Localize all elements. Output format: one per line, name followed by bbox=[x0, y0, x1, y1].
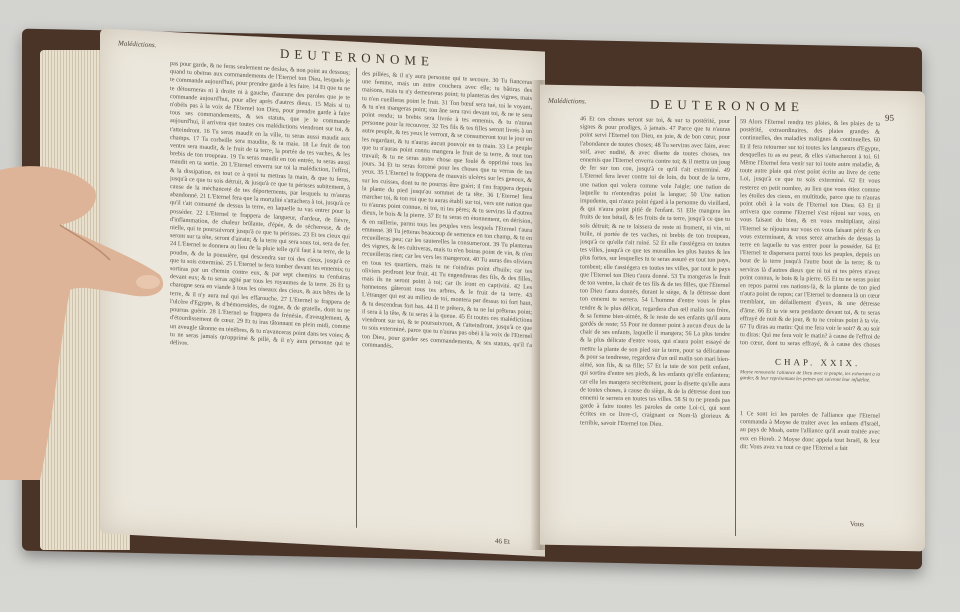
right-running-head: Malédictions. bbox=[548, 97, 586, 106]
chapter-text: 1 Ce sont ici les paroles de l'alliance … bbox=[740, 410, 880, 512]
column-divider bbox=[356, 68, 357, 528]
left-running-head: Malédictions. bbox=[118, 39, 156, 49]
right-column-1: 46 Et ces choses seront sur toi, & sur t… bbox=[580, 115, 730, 518]
left-column-2: des pillées, & il n'y aura personne qui … bbox=[362, 70, 532, 534]
left-column-1: pas pour garde, & ne feras seulement ne … bbox=[170, 60, 350, 524]
right-column-2: 59 Alors l'Eternel rendra tes plaies, & … bbox=[740, 118, 880, 350]
chapter-summary: Moyse renouvelle l'alliance de Dieu avec… bbox=[740, 370, 880, 408]
right-page-title: DEUTERONOME bbox=[650, 97, 804, 116]
right-page: Malédictions. DEUTERONOME 95 46 Et ces c… bbox=[540, 85, 925, 552]
column-divider bbox=[735, 116, 736, 536]
page-number: 95 bbox=[885, 113, 894, 123]
chapter-heading: CHAP. XXIX. bbox=[775, 357, 860, 368]
right-catchword: Vous bbox=[850, 520, 864, 528]
left-catchword: 46 Et bbox=[495, 537, 510, 546]
hand-holding-page bbox=[0, 150, 170, 480]
right-margin-notes bbox=[885, 141, 921, 522]
